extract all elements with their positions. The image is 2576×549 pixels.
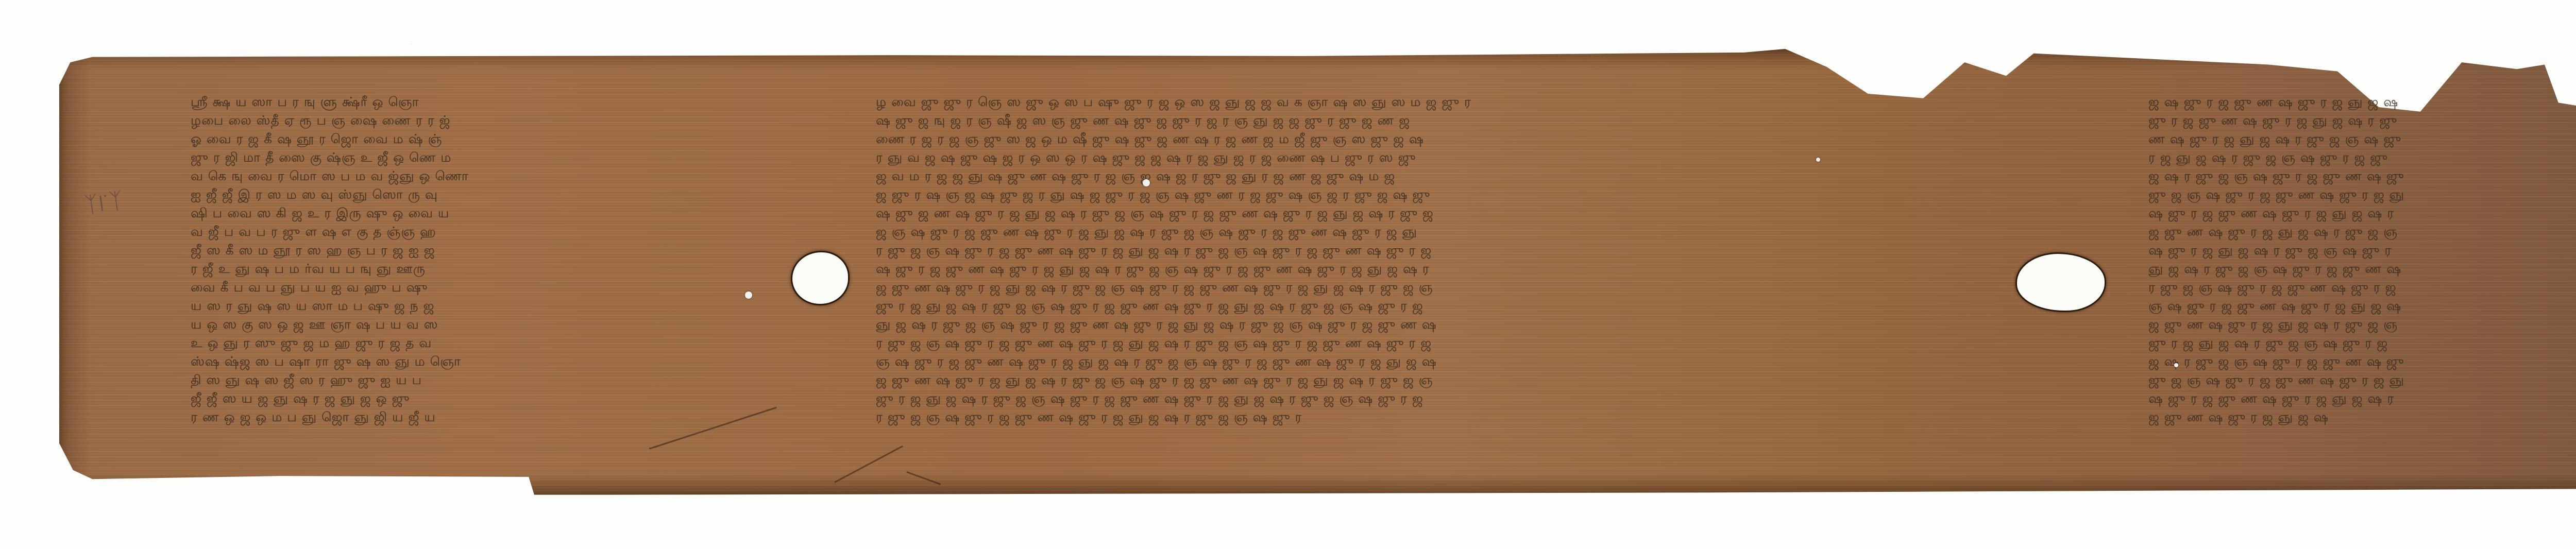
- manuscript-line: ஜீ ஜீ ஸ ய ஜ ஞு ஷ ர ஜ ஞு ஜ ஒ ஜு: [191, 389, 773, 408]
- manuscript-line: ழபை லை ஸ்தீ ஏ ரூ ப ஞ ஷை ணை ர ர ஜ்: [191, 111, 773, 130]
- manuscript-line: ஜு ர ஜ ஞு ஜ ஷ ர ஜு ஜ ஞ ஷ ஜு ர ஜ: [2148, 334, 2576, 352]
- manuscript-line: ஜ ஜு ண ஷ ஜு ர ஜ ஞு ஜ ஷ ர ஜு ஜ ஞ ஷ ஜு ர ஜ…: [876, 371, 2004, 389]
- manuscript-line: ஞ ஷ ஜு ர ஜ ஜு ண ஷ ஜு ர ஜ ஞு ஜ ஷ ர ஜு ஜ ஞ…: [876, 352, 2004, 371]
- pinhole: [745, 291, 752, 299]
- manuscript-line: ஸ்ஷ ஷ்ஜ ஸ ப ஷா ரா ஜு ஷ ஸ ஞு ம ஞொ: [191, 352, 773, 371]
- manuscript-line: ய ஸ ர ஞு ஷ ஸ ய ஸா ம ப ஷு ஜ ந ஜ: [191, 297, 773, 315]
- text-column-middle: ழ வை ஜு ஜு ர ஞெ ஸ ஜு ஒ ஸ ப ஷு ஜு ர ஜ ஒ ஸ…: [876, 93, 2004, 426]
- manuscript-line: ஜ ஷ ர ஜு ஜ ஞ ஷ ஜு ர ஜ ஜு ண ஷ ஜு: [2148, 352, 2576, 371]
- manuscript-line: ஜு ர ஜ ஞு ஜ ஷ ர ஜு ஜ ஞ ஷ ஜு ர ஜ ஜு ண ஷ ஜ…: [876, 297, 2004, 315]
- manuscript-line: ண ஷ ஜு ர ஜ ஞு ஜ ஷ ர ஜு ஜ ஞ ஷ ஜு: [2148, 130, 2576, 148]
- manuscript-line: ஜு ஜ ஞ ஷ ஜு ர ஜ ஜு ண ஷ ஜு ர ஜ ஞு: [2148, 185, 2576, 204]
- manuscript-line: ஜ ஞ ஷ ஜு ர ஜ ஜு ண ஷ ஜு ர ஜ ஞு ஜ ஷ ர ஜு ஜ…: [876, 222, 2004, 241]
- manuscript-line: ழ வை ஜு ஜு ர ஞெ ஸ ஜு ஒ ஸ ப ஷு ஜு ர ஜ ஒ ஸ…: [876, 93, 2004, 111]
- manuscript-line: ஜு ர ஜ ஜு ண ஷ ஜு ர ஜ ஞு ஜ ஷ ர ஜு: [2148, 111, 2576, 130]
- manuscript-line: ணை ர ஜ ர ஜ ஞ ஜு ஸ ஜ ஒ ம ஷீ ஜு ஷ ஜு ஜ ண ஷ…: [876, 130, 2004, 148]
- manuscript-line: ஜு ர ஜி மா தீ ஸை கு ஷ்ஞ உ ஜீ ஒ ணெ ம: [191, 148, 773, 167]
- manuscript-line: ர ஜு ஜ ஞ ஷ ஜு ர ஜ ஜு ண ஷ ஜு ர ஜ: [2148, 278, 2576, 297]
- manuscript-line: ஜ ஜு ண ஷ ஜு ர ஜ ஞு ஜ ஷ ர ஜு ஜ ஞ: [2148, 315, 2576, 334]
- pinhole: [2174, 363, 2178, 367]
- manuscript-line: ஜ ஜு ண ஷ ஜு ர ஜ ஞு ஜ ஷ: [2148, 408, 2576, 426]
- manuscript-line: ர ஜு ஜ ஞ ஷ ஜு ர ஜ ஜு ண ஷ ஜு ர ஜ ஞு ஜ ஷ ர…: [876, 334, 2004, 352]
- pinhole: [1143, 179, 1150, 186]
- manuscript-line: ஷ ஜு ர ஜ ஜு ண ஷ ஜு ர ஜ ஞு ஜ ஷ ர: [2148, 389, 2576, 408]
- manuscript-line: தி ஸ ஞு ஷ ஸ ஜீ ஸ ர ஹு ஜு ஐ ய ப: [191, 371, 773, 389]
- manuscript-line: ஞு ஜ ஷ ர ஜு ஜ ஞ ஷ ஜு ர ஜ ஜு ண ஷ: [2148, 260, 2576, 278]
- manuscript-line: ஷி ப வை ஸ கி ஜ உ ர இரு ஷு ஒ வை ய: [191, 204, 773, 222]
- manuscript-line: ர ஞு வ ஜ ஷ ஜு ஷ ஜ ர ஒ ஸ ஒ ர ஷ ஜு ஜ ஜ ஷ ர…: [876, 148, 2004, 167]
- manuscript-line: ர ஜ ஞு ஜ ஷ ர ஜு ஜ ஞ ஷ ஜு ர ஜ ஜு: [2148, 148, 2576, 167]
- manuscript-line: ஸ்ரீ க்ஷ ய ஸா ப ர ஙு ளு க்ஷ்ரீ ஒ ஞொ: [191, 93, 773, 111]
- manuscript-line: ஞ ஷ ஜு ர ஜ ஜு ண ஷ ஜு ர ஜ ஞு ஜ ஷ: [2148, 297, 2576, 315]
- manuscript-line: வ ஜீ ப வ ப ர ஜு ள ஷ எ கு த ஞ்ஞ ஹ: [191, 222, 773, 241]
- manuscript-line: ஜ ஜு ண ஷ ஜு ர ஜ ஞு ஜ ஷ ர ஜு ஜ ஞ ஷ ஜு ர ஜ…: [876, 278, 2004, 297]
- manuscript-line: ர ஜீ உ ஞு ஷ ப ம ர்வ ய ப ஙு ஞு ஊரு: [191, 260, 773, 278]
- manuscript-line: வ கெ ஙு வை ர மொ ஸ ப ம வ ஜ்ஞு ஒ ணொ: [191, 167, 773, 185]
- manuscript-line: ர ஜு ஜ ஞ ஷ ஜு ர ஜ ஜு ண ஷ ஜு ர ஜ ஞு ஜ ஷ ர…: [876, 241, 2004, 260]
- binding-hole-left: [791, 251, 850, 305]
- manuscript-line: ஜ ஷ ஜு ர ஜ ஜு ண ஷ ஜு ர ஜ ஞு ஜ ஷ: [2148, 93, 2576, 111]
- manuscript-line: ஜ ஜு ர ஷ ஞ ஜ ஷ ஜு ஜ ர ஞு ஷ ஜ ஜு ர ஜ ஞ ஷ …: [876, 185, 2004, 204]
- manuscript-line: ஜு ர ஜ ஞு ஜ ஷ ர ஜு ஜ ஞ ஷ ஜு ர ஜ ஜு ண ஷ ஜ…: [876, 389, 2004, 408]
- binding-hole-right: [2015, 252, 2106, 312]
- pinhole: [1816, 158, 1820, 162]
- manuscript-line: வை கீ ப வ ப ஞு ப ய ஐ வ ஹு ப ஷு: [191, 278, 773, 297]
- manuscript-line: ஐ ஜீ ஜீ இ ர ஸ ம ஸ வு ஸ்ஞு ஸொ ரு வு: [191, 185, 773, 204]
- manuscript-line: ய ஒ ஸ கு ஸ ஒ ஜ ஊ ஞா ஷ ப ய வ ஸ: [191, 315, 773, 334]
- manuscript-line: ஷ ஜு ஜ ஙு ஜ ர ஞ ஷீ ஜ ஸ ஞ ஜு ண ஷ ஜு ஜ ஜு …: [876, 111, 2004, 130]
- manuscript-line: ஷ ஜு ஜ ண ஷ ஜு ர ஜ ஞு ஜ ஷ ர ஜு ஜ ஞ ஷ ஜு ர…: [876, 204, 2004, 222]
- manuscript-line: ஷ ஜு ர ஜ ஜு ண ஷ ஜு ர ஜ ஞு ஜ ஷ ர: [2148, 204, 2576, 222]
- manuscript-line: ஞு ஜ ஷ ர ஜு ஜ ஞ ஷ ஜு ர ஜ ஜு ண ஷ ஜு ர ஜ ஞ…: [876, 315, 2004, 334]
- manuscript-line: ஷ ஜு ர ஜ ஞு ஜ ஷ ர ஜு ஜ ஞ ஷ ஜு ர: [2148, 241, 2576, 260]
- manuscript-line: ஜ ஷ ர ஜு ஜ ஞ ஷ ஜு ர ஜ ஜு ண ஷ ஜு: [2148, 167, 2576, 185]
- manuscript-line: ஜ ஜு ண ஷ ஜு ர ஜ ஞு ஜ ஷ ர ஜு ஜ ஞ: [2148, 222, 2576, 241]
- manuscript-line: ஷ ஜு ர ஜ ஜு ண ஷ ஜு ர ஜ ஞு ஜ ஷ ர ஜு ஜ ஞ ஷ…: [876, 260, 2004, 278]
- manuscript-line: ஜ வ ம ர ஜ ஜ ஞு ஷ ஜு ண ஷ ஜு ர ஜ ஞ ஜ ஷ ஜ ர…: [876, 167, 2004, 185]
- manuscript-line: ஜு ஜ ஞ ஷ ஜு ர ஜ ஜு ண ஷ ஜு ர ஜ ஞு: [2148, 371, 2576, 389]
- text-column-right: ஜ ஷ ஜு ர ஜ ஜு ண ஷ ஜு ர ஜ ஞு ஜ ஷஜு ர ஜ ஜு…: [2148, 93, 2576, 426]
- manuscript-line: ஓ வை ர ஜ கீ ஷ ஞூ ர ஜொ வை ம ஷ் ஞ்: [191, 130, 773, 148]
- manuscript-scan: ᛉ꜍ᛉ ஸ்ரீ க்ஷ ய ஸா ப ர ஙு ளு க்ஷ்ரீ ஒ ஞொழ…: [0, 0, 2576, 549]
- manuscript-line: ர ண ஒ ஜ ஒ ம ப ஞு ஜொ ஞு ஜி ய ஜீ ய: [191, 408, 773, 426]
- manuscript-line: உ ஒ ஞு ர ஸு ஜு ஜ ம ஹ ஜு ர ஜ த வ: [191, 334, 773, 352]
- manuscript-line: ஜீ ஸ கீ ஸ ம ஞூ ர ஸ ஹ ஞ ப ர ஜ ஐ ஜ: [191, 241, 773, 260]
- manuscript-line: ர ஜு ஜ ஞ ஷ ஜு ர ஜ ஜு ண ஷ ஜு ர ஜ ஞு ஜ ஷ ர…: [876, 408, 2004, 426]
- text-column-left: ஸ்ரீ க்ஷ ய ஸா ப ர ஙு ளு க்ஷ்ரீ ஒ ஞொழபை ல…: [191, 93, 773, 426]
